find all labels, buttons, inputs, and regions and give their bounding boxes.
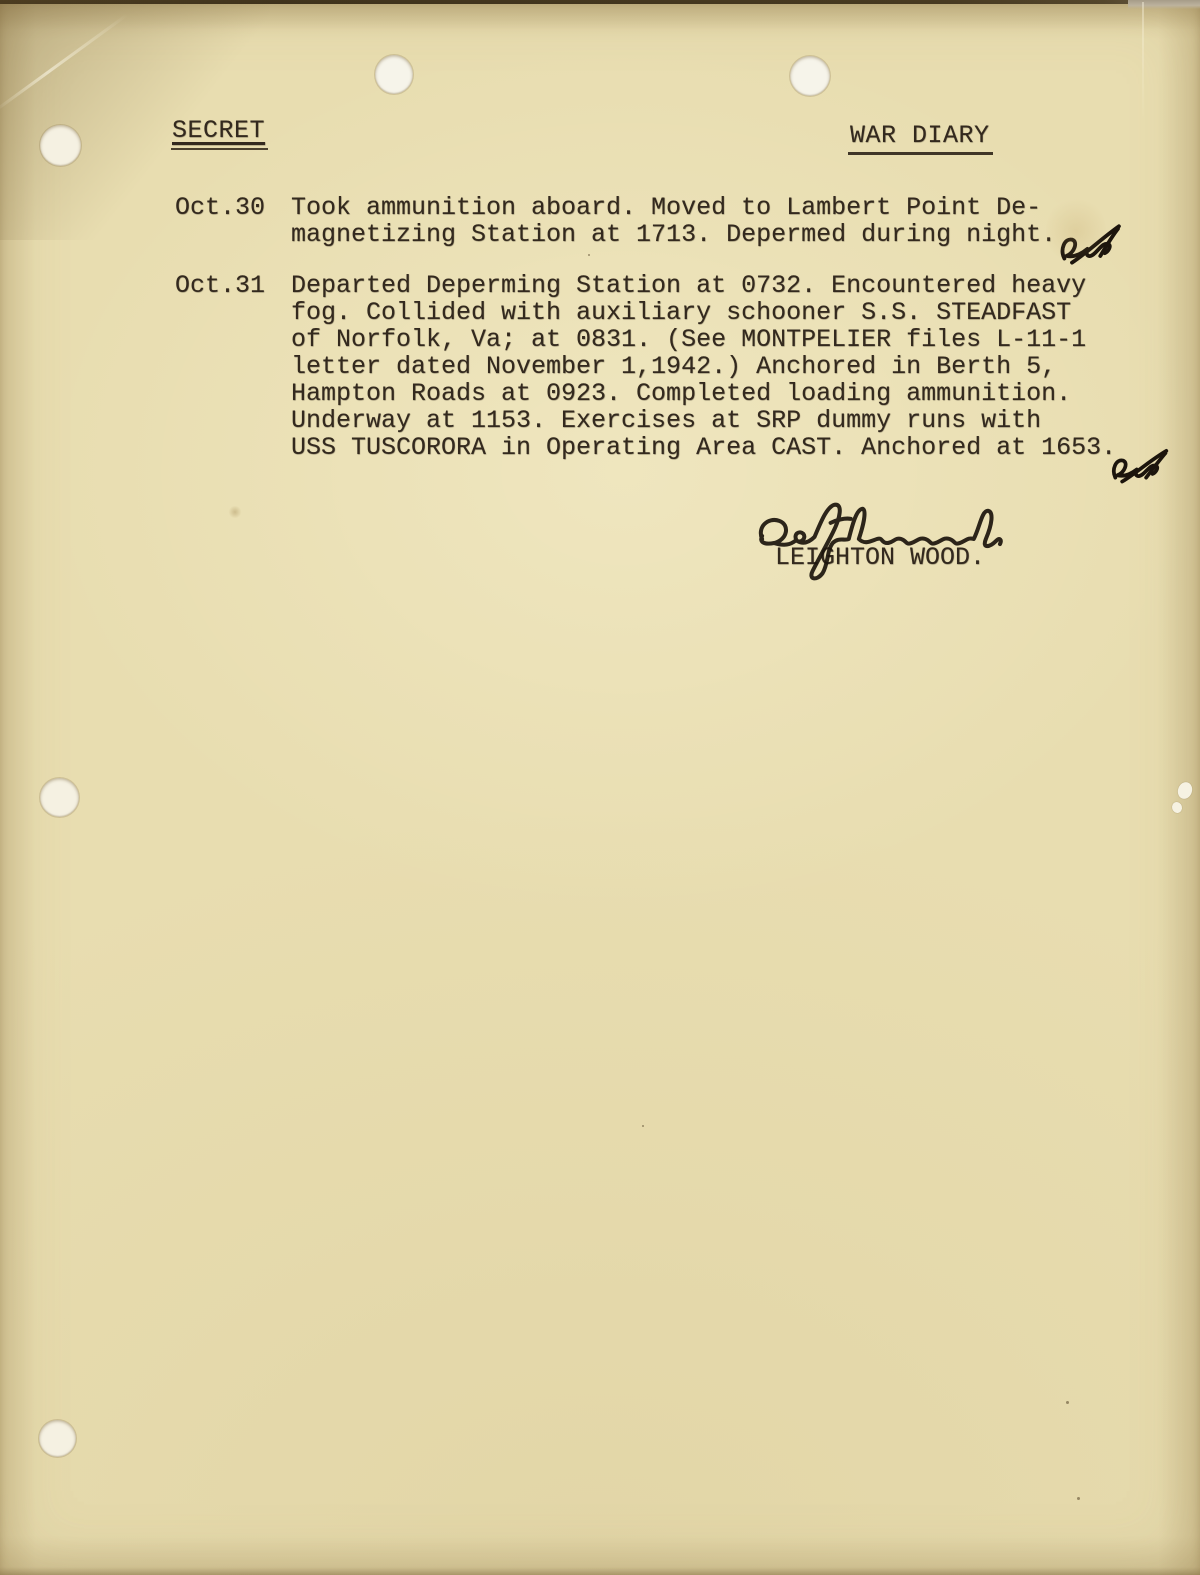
paper-speck — [588, 254, 590, 256]
diary-entries: Oct.30 Took ammunition aboard. Moved to … — [175, 194, 1135, 461]
paper-speck — [1066, 1401, 1069, 1404]
entry-text: Took ammunition aboard. Moved to Lambert… — [291, 194, 1135, 248]
page-title: WAR DIARY — [850, 121, 993, 155]
entry-date: Oct.30 — [175, 194, 291, 221]
paper-stain — [228, 506, 242, 518]
paper-bottom-shading — [0, 1567, 1200, 1575]
scanned-war-diary-page: SECRET WAR DIARY Oct.30 Took ammunition … — [0, 0, 1200, 1575]
punch-hole-left-middle — [40, 778, 79, 817]
classification-stamp: SECRET — [172, 116, 268, 150]
diary-entry-oct-30: Oct.30 Took ammunition aboard. Moved to … — [175, 194, 1135, 248]
punch-hole-left-upper — [40, 125, 81, 166]
paper-edge-chip — [1171, 801, 1184, 814]
handwritten-signature — [752, 497, 1004, 581]
entry-date: Oct.31 — [175, 272, 291, 299]
paper-edge-chip — [1176, 780, 1195, 801]
punch-hole-top-right — [790, 56, 830, 96]
punch-hole-top-left — [375, 55, 413, 94]
paper-stain — [1046, 196, 1106, 266]
entry-text: Departed Deperming Station at 0732. Enco… — [291, 272, 1135, 461]
classification-label: SECRET — [171, 116, 268, 150]
paper-speck — [1077, 1497, 1080, 1500]
page-title-label: WAR DIARY — [848, 121, 993, 155]
paper-scratch — [1142, 2, 1144, 122]
handwritten-initials — [1107, 444, 1176, 491]
punch-hole-left-lower — [39, 1420, 76, 1457]
diary-entry-oct-31: Oct.31 Departed Deperming Station at 073… — [175, 272, 1135, 461]
paper-speck — [642, 1125, 644, 1127]
